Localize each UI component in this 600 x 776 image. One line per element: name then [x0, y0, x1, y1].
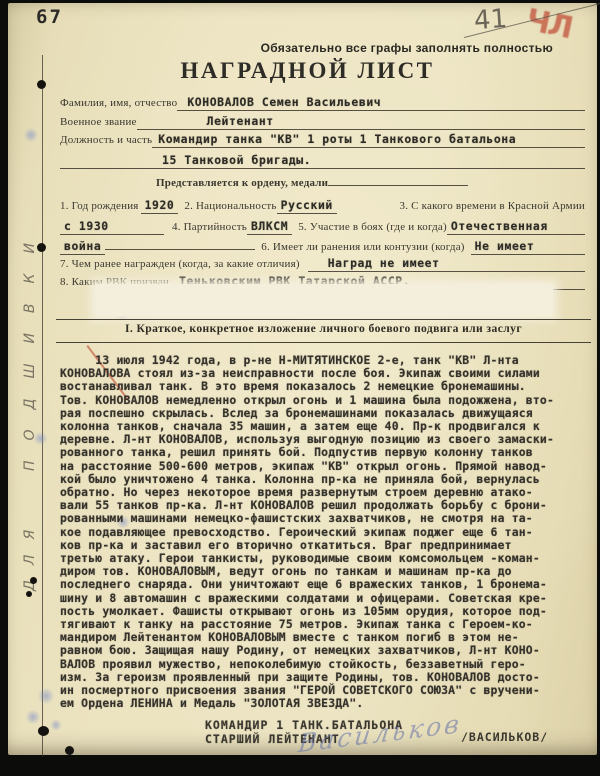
binding-hole [37, 243, 46, 252]
document-page: 67 41 ЧЛ Обязательно все графы заполнять… [8, 3, 597, 755]
item3-value: с 1930 [60, 219, 164, 235]
rank-value: Лейтенант [137, 114, 585, 130]
form-row-name: Фамилия, имя, отчество КОНОВАЛОВ Семен В… [60, 95, 585, 111]
ink-stain [50, 719, 62, 731]
binding-hole [26, 591, 32, 597]
citation-section-heading: I. Краткое, конкретное изложение личного… [56, 322, 591, 335]
item7-value: Наград не имеет [308, 256, 585, 272]
document-title: НАГРАДНОЙ ЛИСТ [8, 58, 597, 84]
form-row-rank: Военное звание Лейтенант [60, 114, 585, 130]
form-row-items-4: 7. Чем ранее награжден (когда, за какие … [60, 256, 585, 272]
item4-label: 4. Партийность [172, 221, 247, 233]
red-crayon-annotation: ЧЛ [523, 3, 574, 47]
ink-stain [24, 127, 38, 143]
citation-body-text: 13 июля 1942 года, в р-не Н-МИТЯТИНСКОЕ … [60, 354, 591, 710]
binding-margin-line [42, 55, 43, 757]
item1-value: 1920 [141, 198, 179, 214]
rule-blank [105, 248, 255, 250]
position-label: Должность и часть [60, 134, 152, 146]
item5-label: 5. Участие в боях (где и когда) [298, 221, 447, 233]
form-row-items-2: с 1930 4. Партийность ВЛКСМ 5. Участие в… [60, 219, 585, 235]
submitted-for-blank [328, 184, 468, 186]
ink-stain [26, 709, 40, 725]
signature-typed-name: /ВАСИЛЬКОВ/ [461, 730, 548, 744]
binding-hole [37, 80, 46, 89]
item6-value: Не имеет [471, 239, 585, 255]
page-number: 67 [36, 6, 63, 28]
name-label: Фамилия, имя, отчество [60, 97, 177, 109]
position-value: Командир танка "КВ" 1 роты 1 Танкового б… [152, 132, 585, 148]
item5-value-cont: война [60, 239, 105, 255]
form-row-submitted-for: Представляется к ордену, медали [60, 177, 585, 189]
item4-value: ВЛКСМ [247, 219, 292, 235]
form-row-position: Должность и часть Командир танка "КВ" 1 … [60, 132, 585, 148]
item2-label: 2. Национальность [184, 200, 276, 212]
item7-label: 7. Чем ранее награжден (когда, за какие … [60, 258, 300, 270]
form-row-items-1: 1. Год рождения 1920 2. Национальность Р… [60, 198, 585, 214]
ink-stain [34, 431, 47, 446]
form-row-items-3: война 6. Имеет ли ранения или контузии (… [60, 239, 585, 255]
binding-hole [65, 746, 74, 755]
handwritten-signature: Васильков [297, 709, 464, 759]
item3-label: 3. С какого времени в Красной Армии [345, 200, 585, 212]
item2-value: Русский [277, 198, 337, 214]
binding-hole [38, 726, 49, 736]
item5-value: Отечественная [447, 219, 585, 235]
binding-hole [30, 577, 37, 584]
submitted-for-label: Представляется к ордену, медали [156, 177, 328, 189]
name-value: КОНОВАЛОВ Семен Васильевич [177, 95, 585, 111]
position-value-cont: 15 Танковой бригады. [60, 153, 585, 169]
item6-label: 6. Имеет ли ранения или контузии (когда) [261, 241, 464, 253]
item1-label: 1. Год рождения [60, 200, 139, 212]
rank-label: Военное звание [60, 116, 137, 128]
section-rule-top [56, 319, 591, 320]
form-instruction: Обязательно все графы заполнять полность… [261, 41, 553, 55]
form-row-position-cont: 15 Танковой бригады. [60, 153, 585, 169]
redacted-area [95, 284, 553, 316]
section-rule-bottom [56, 342, 591, 343]
ink-stain [38, 687, 54, 705]
